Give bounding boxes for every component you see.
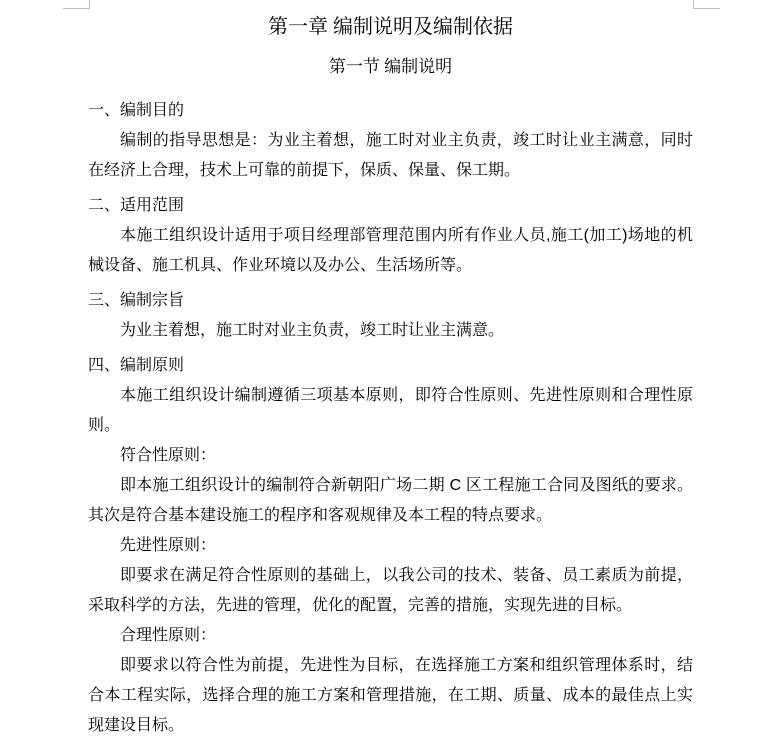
section-heading: 一、编制目的 bbox=[88, 96, 693, 126]
text-boundary-mark-top-right bbox=[693, 0, 720, 9]
section-scope-of-application: 二、适用范围 本施工组织设计适用于项目经理部管理范围内所有作业人员,施工(加工)… bbox=[88, 191, 693, 281]
document-body: 一、编制目的 编制的指导思想是：为业主着想，施工时对业主负责，竣工时让业主满意，… bbox=[88, 96, 693, 741]
paragraph: 编制的指导思想是：为业主着想，施工时对业主负责，竣工时让业主满意，同时在经济上合… bbox=[88, 126, 693, 186]
section-title: 第一节 编制说明 bbox=[88, 53, 693, 81]
section-heading: 三、编制宗旨 bbox=[88, 286, 693, 316]
paragraph: 合理性原则： bbox=[88, 621, 693, 651]
section-compilation-aim: 三、编制宗旨 为业主着想，施工时对业主负责，竣工时让业主满意。 bbox=[88, 286, 693, 346]
text-boundary-mark-top-left bbox=[63, 0, 90, 9]
paragraph: 先进性原则： bbox=[88, 531, 693, 561]
paragraph: 即要求以符合性为前提，先进性为目标，在选择施工方案和组织管理体系时，结合本工程实… bbox=[88, 651, 693, 741]
document-page: 第一章 编制说明及编制依据 第一节 编制说明 一、编制目的 编制的指导思想是：为… bbox=[0, 0, 779, 752]
section-compilation-principles: 四、编制原则 本施工组织设计编制遵循三项基本原则，即符合性原则、先进性原则和合理… bbox=[88, 351, 693, 741]
paragraph: 本施工组织设计适用于项目经理部管理范围内所有作业人员,施工(加工)场地的机械设备… bbox=[88, 221, 693, 281]
section-heading: 二、适用范围 bbox=[88, 191, 693, 221]
paragraph: 为业主着想，施工时对业主负责，竣工时让业主满意。 bbox=[88, 316, 693, 346]
paragraph: 符合性原则： bbox=[88, 441, 693, 471]
chapter-title: 第一章 编制说明及编制依据 bbox=[88, 13, 693, 41]
paragraph: 即本施工组织设计的编制符合新朝阳广场二期 C 区工程施工合同及图纸的要求。其次是… bbox=[88, 471, 693, 531]
section-compilation-purpose: 一、编制目的 编制的指导思想是：为业主着想，施工时对业主负责，竣工时让业主满意，… bbox=[88, 96, 693, 186]
paragraph: 本施工组织设计编制遵循三项基本原则，即符合性原则、先进性原则和合理性原则。 bbox=[88, 381, 693, 441]
section-heading: 四、编制原则 bbox=[88, 351, 693, 381]
paragraph: 即要求在满足符合性原则的基础上，以我公司的技术、装备、员工素质为前提，采取科学的… bbox=[88, 561, 693, 621]
